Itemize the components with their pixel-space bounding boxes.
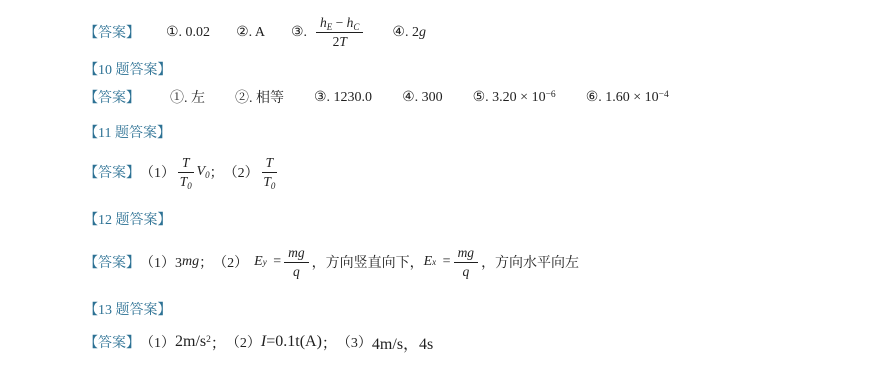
var-t0: T xyxy=(263,174,271,189)
var-v0: V0 xyxy=(197,164,210,180)
separator: ； xyxy=(210,162,224,182)
section-header-label: 【10 题答案】 xyxy=(84,59,172,79)
part-1-open: （1）3 xyxy=(140,252,182,272)
answer-item-5: ⑤. 3.20 × 10−6 xyxy=(473,89,556,106)
fraction-denominator: q xyxy=(462,263,469,280)
equation-ex: Ex = mg q xyxy=(424,245,481,279)
var-e: E xyxy=(254,254,263,270)
fraction-denominator: q xyxy=(293,263,300,280)
fraction-denominator: T0 xyxy=(180,173,192,190)
separator: ； xyxy=(322,332,337,353)
answer-item-4: ④. 300 xyxy=(402,89,443,106)
fraction-numerator: T xyxy=(262,155,278,173)
answer-label: 【答案】 xyxy=(84,162,140,182)
fraction-numerator: mg xyxy=(454,245,479,263)
value-base: ⑤. 3.20 × 10 xyxy=(473,90,546,105)
var-t: T xyxy=(339,34,347,49)
part-3-open: （3） xyxy=(337,332,372,352)
value-acceleration: 2m/s2 xyxy=(175,333,211,351)
var-t: T xyxy=(266,155,274,170)
exponent: −6 xyxy=(546,90,556,100)
fraction-denominator: 2T xyxy=(333,33,347,50)
answer-label: 【答案】 xyxy=(84,22,140,42)
equals-sign xyxy=(267,254,271,270)
answer-item-1: ①. 0.02 xyxy=(166,24,210,41)
part-1-open: （1） xyxy=(140,332,175,352)
answer-item-6: ⑥. 1.60 × 10−4 xyxy=(586,89,669,106)
var-h1: h xyxy=(320,15,327,30)
var-g: g xyxy=(419,25,426,40)
section-header-q13: 【13 题答案】 xyxy=(84,300,849,318)
section-header-q11: 【11 题答案】 xyxy=(84,123,849,141)
fraction-he-hc-over-2t: hE − hC 2T xyxy=(316,15,363,49)
var-mg: mg xyxy=(288,245,305,260)
section-header-label: 【11 题答案】 xyxy=(84,122,171,142)
fraction-mg-over-q: mg q xyxy=(454,245,479,279)
section-header-q10: 【10 题答案】 xyxy=(84,60,849,78)
answer-label: 【答案】 xyxy=(84,332,140,352)
var-v: V xyxy=(197,164,206,179)
answer-label: 【答案】 xyxy=(84,252,140,272)
var-mg: mg xyxy=(458,245,475,260)
answer-row-q9: 【答案】 ①. 0.02 ②. A ③. hE − hC 2T ④. 2g xyxy=(84,12,849,52)
sub-0: 0 xyxy=(271,181,276,191)
fraction-denominator: T0 xyxy=(263,173,275,190)
value-base: ⑥. 1.60 × 10 xyxy=(586,90,659,105)
part-1-open: （1） xyxy=(140,162,175,182)
equals-sign xyxy=(436,254,440,270)
value-current-equation: I=0.1t(A) xyxy=(261,333,322,351)
fraction-t-over-t0: T T0 xyxy=(178,155,194,189)
var-q: q xyxy=(462,264,469,279)
answer-label: 【答案】 xyxy=(84,87,140,107)
fraction-t-over-t0: T T0 xyxy=(262,155,278,189)
answer-row-q13: 【答案】 （1） 2m/s2； （2） I=0.1t(A)； （3） 4m/s，… xyxy=(84,329,849,355)
answer-item-3: ③. 1230.0 xyxy=(314,89,372,106)
expression: =0.1t(A) xyxy=(266,333,322,350)
section-header-q12: 【12 题答案】 xyxy=(84,210,849,228)
document-page: 【答案】 ①. 0.02 ②. A ③. hE − hC 2T ④. 2g 【1… xyxy=(0,0,869,387)
value-speed-time: 4m/s，4s xyxy=(372,331,433,354)
fraction-numerator: mg xyxy=(284,245,309,263)
var-t: T xyxy=(182,155,190,170)
section-header-label: 【13 题答案】 xyxy=(84,299,172,319)
direction-text-down: ，方向竖直向下， xyxy=(312,252,424,272)
fraction-mg-over-q: mg q xyxy=(284,245,309,279)
answer-item-1: ①. 左 xyxy=(170,87,205,107)
var-e: E xyxy=(424,254,433,270)
answer-item-2: ②. 相等 xyxy=(235,87,284,107)
var-mg: mg xyxy=(182,254,199,270)
answer-item-4: ④. 2g xyxy=(392,24,426,41)
equals-sign: = xyxy=(273,254,281,270)
sub-e: E xyxy=(327,22,333,32)
var-q: q xyxy=(293,264,300,279)
part-2-open: （2） xyxy=(224,162,259,182)
answer-row-q12: 【答案】 （1）3mg； （2） Ey = mg q ，方向竖直向下， Ex =… xyxy=(84,237,849,287)
direction-text-left: ，方向水平向左 xyxy=(481,252,579,272)
part-2-open: （2） xyxy=(226,332,261,352)
item-number: ④. 2 xyxy=(392,25,419,40)
value-base: 2m/s xyxy=(175,333,206,350)
separator: ； xyxy=(199,252,213,272)
sub-c: C xyxy=(353,22,359,32)
sub-0: 0 xyxy=(187,181,192,191)
section-header-label: 【12 题答案】 xyxy=(84,209,172,229)
answer-row-q11: 【答案】 （1） T T0 V0 ； （2） T T0 xyxy=(84,149,849,195)
answer-item-2: ②. A xyxy=(236,24,265,41)
fraction-numerator: hE − hC xyxy=(316,15,363,33)
separator: ； xyxy=(211,332,226,353)
part-2-open: （2） xyxy=(213,252,248,272)
item-number: ③. xyxy=(291,24,307,41)
answer-item-3: ③. hE − hC 2T xyxy=(291,15,366,49)
minus-sign: − xyxy=(336,15,344,30)
exponent: −4 xyxy=(659,90,669,100)
equation-ey: Ey = mg q xyxy=(254,245,311,279)
fraction-numerator: T xyxy=(178,155,194,173)
answer-row-q10: 【答案】 ①. 左 ②. 相等 ③. 1230.0 ④. 300 ⑤. 3.20… xyxy=(84,88,849,106)
equals-sign: = xyxy=(443,254,451,270)
